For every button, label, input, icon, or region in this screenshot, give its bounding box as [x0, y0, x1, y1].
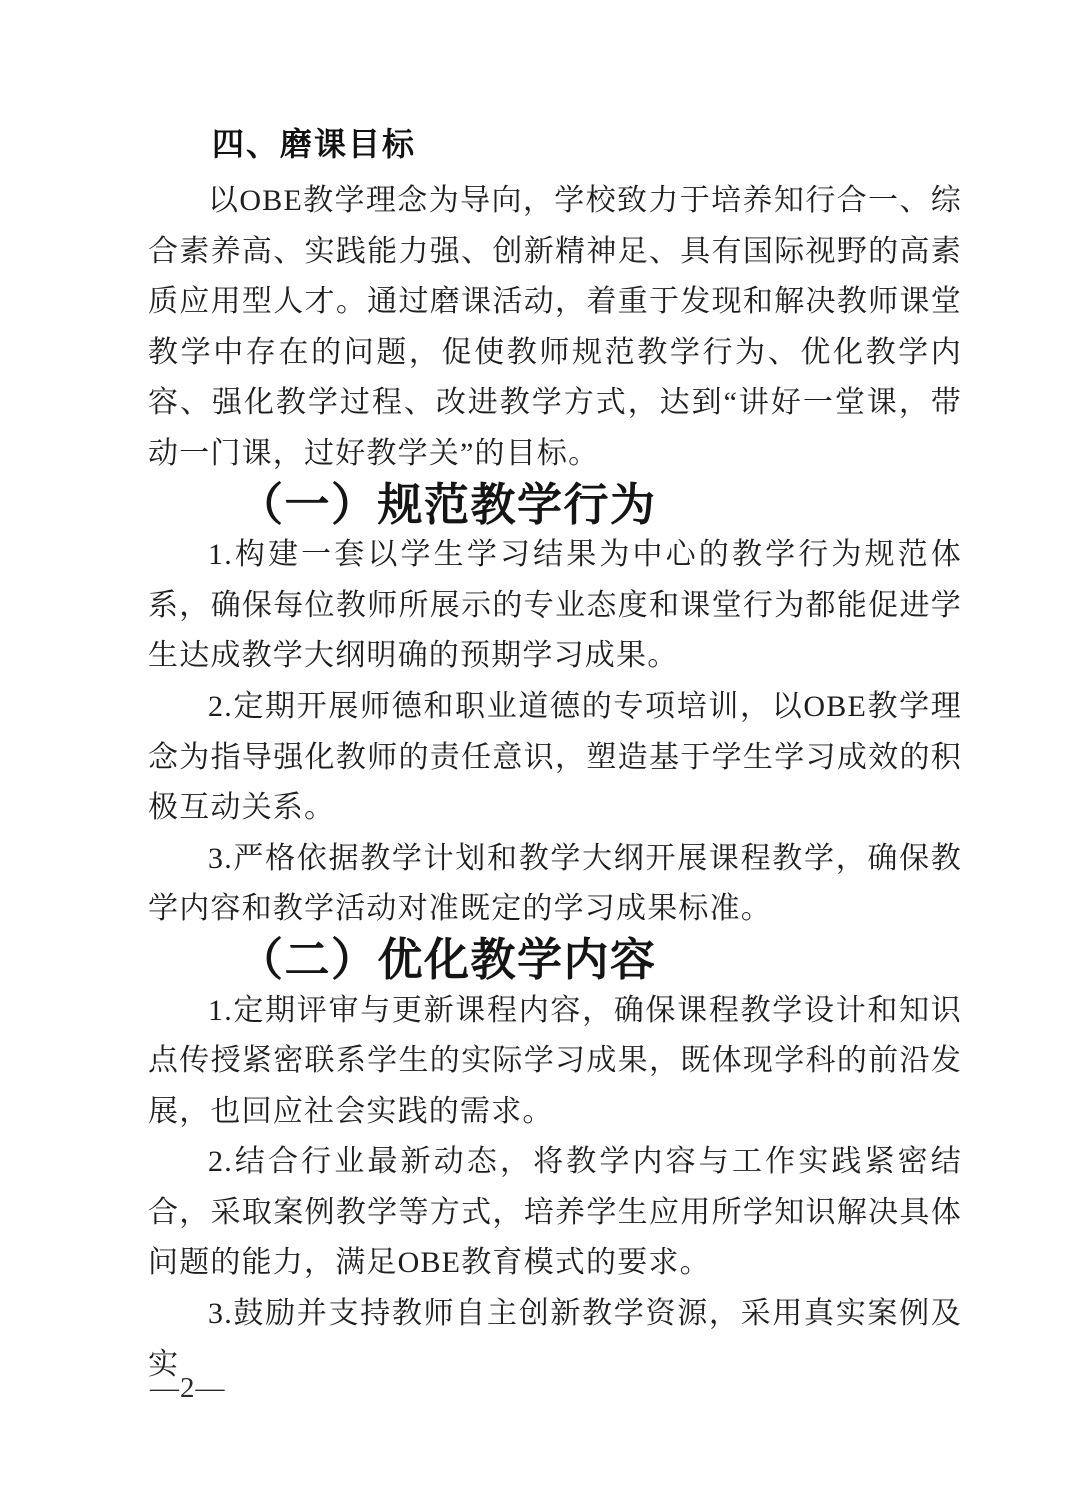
- document-page: 四、磨课目标 以OBE教学理念为导向，学校致力于培养知行合一、综合素养高、实践能…: [0, 0, 1065, 1497]
- paragraph-1-3: 3.严格依据教学计划和教学大纲开展课程教学，确保教学内容和教学活动对准既定的学习…: [148, 834, 962, 935]
- paragraph-2-1: 1.定期评审与更新课程内容，确保课程教学设计和知识点传授紧密联系学生的实际学习成…: [148, 986, 962, 1138]
- paragraph-1-1: 1.构建一套以学生学习结果为中心的教学行为规范体系，确保每位教师所展示的专业态度…: [148, 530, 962, 682]
- paragraph-1-2: 2.定期开展师德和职业道德的专项培训，以OBE教学理念为指导强化教师的责任意识，…: [148, 682, 962, 834]
- subsection-heading-1: （一）规范教学行为: [148, 480, 962, 531]
- intro-paragraph: 以OBE教学理念为导向，学校致力于培养知行合一、综合素养高、实践能力强、创新精神…: [148, 176, 962, 480]
- section-title: 四、磨课目标: [148, 122, 962, 166]
- paragraph-2-3-truncated: 3.鼓励并支持教师自主创新教学资源，采用真实案例及实: [148, 1289, 962, 1390]
- subsection-heading-2: （二）优化教学内容: [148, 935, 962, 986]
- document-body: 四、磨课目标 以OBE教学理念为导向，学校致力于培养知行合一、综合素养高、实践能…: [148, 122, 962, 1390]
- page-number: —2—: [150, 1372, 226, 1405]
- paragraph-2-2: 2.结合行业最新动态，将教学内容与工作实践紧密结合，采取案例教学等方式，培养学生…: [148, 1137, 962, 1289]
